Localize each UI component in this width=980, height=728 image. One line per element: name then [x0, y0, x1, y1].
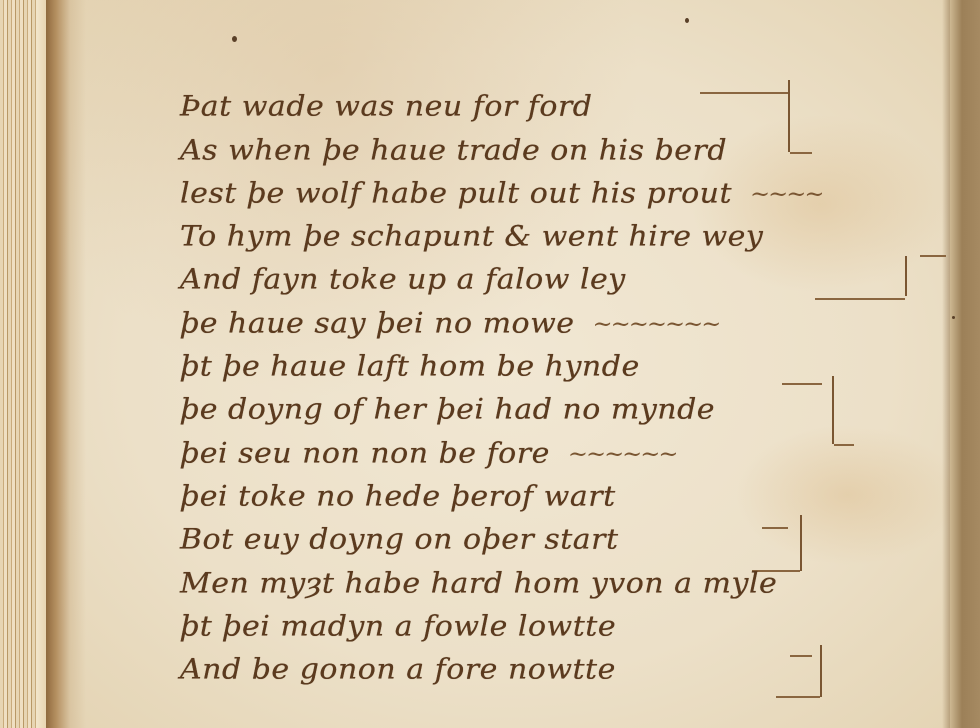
verse-text: As when þe haue trade on his berd	[180, 137, 727, 165]
verse-line: And be gonon a fore nowtte	[180, 641, 960, 684]
verse-line: þei seu non non be fore ~~~~~~	[180, 424, 960, 467]
verse-line: Bot euy doyng on oþer start	[180, 511, 960, 554]
verse-text: lest þe wolf habe pult out his prout	[180, 180, 732, 208]
verse-line: þe haue say þei no mowe ~~~~~~~	[180, 294, 960, 337]
verse-text: þei toke no hede þerof wart	[180, 483, 616, 511]
verse-text: Men myȝt habe hard hom yvon a myle	[180, 570, 777, 598]
verse-line: Þat wade was neu for ford	[180, 78, 960, 121]
verse-line: As when þe haue trade on his berd	[180, 121, 960, 164]
verse-line: And fayn toke up a falow ley	[180, 251, 960, 294]
manuscript-photo: Þat wade was neu for ford As when þe hau…	[0, 0, 980, 728]
gutter-shadow	[46, 0, 86, 728]
ink-speck	[685, 18, 689, 23]
verse-line: lest þe wolf habe pult out his prout ~~~…	[180, 165, 960, 208]
verse-line: To hym þe schapunt & went hire wey	[180, 208, 960, 251]
verse-line: þt þei madyn a fowle lowtte	[180, 598, 960, 641]
bracket-stroke	[776, 696, 820, 698]
line-filler-mark: ~~~~	[750, 180, 822, 208]
ink-speck	[232, 36, 237, 42]
verse-line: þei toke no hede þerof wart	[180, 468, 960, 511]
verse-line: þe doyng of her þei had no mynde	[180, 381, 960, 424]
manuscript-text: Þat wade was neu for ford As when þe hau…	[180, 78, 960, 684]
line-filler-mark: ~~~~~~	[568, 440, 677, 468]
verse-text: Bot euy doyng on oþer start	[180, 527, 619, 555]
verse-text: þei seu non non be fore	[180, 440, 550, 468]
verse-text: And fayn toke up a falow ley	[180, 267, 626, 295]
verse-text: And be gonon a fore nowtte	[180, 657, 616, 685]
verse-line: Men myȝt habe hard hom yvon a myle	[180, 554, 960, 597]
line-filler-mark: ~~~~~~~	[593, 310, 720, 338]
verse-text: þt þe haue laft hom be hynde	[180, 353, 640, 381]
verse-text: þt þei madyn a fowle lowtte	[180, 613, 616, 641]
verse-text: Þat wade was neu for ford	[180, 94, 593, 122]
verse-text: þe doyng of her þei had no mynde	[180, 397, 715, 425]
verse-text: þe haue say þei no mowe	[180, 310, 575, 338]
verse-text: To hym þe schapunt & went hire wey	[180, 224, 763, 252]
verse-line: þt þe haue laft hom be hynde	[180, 338, 960, 381]
